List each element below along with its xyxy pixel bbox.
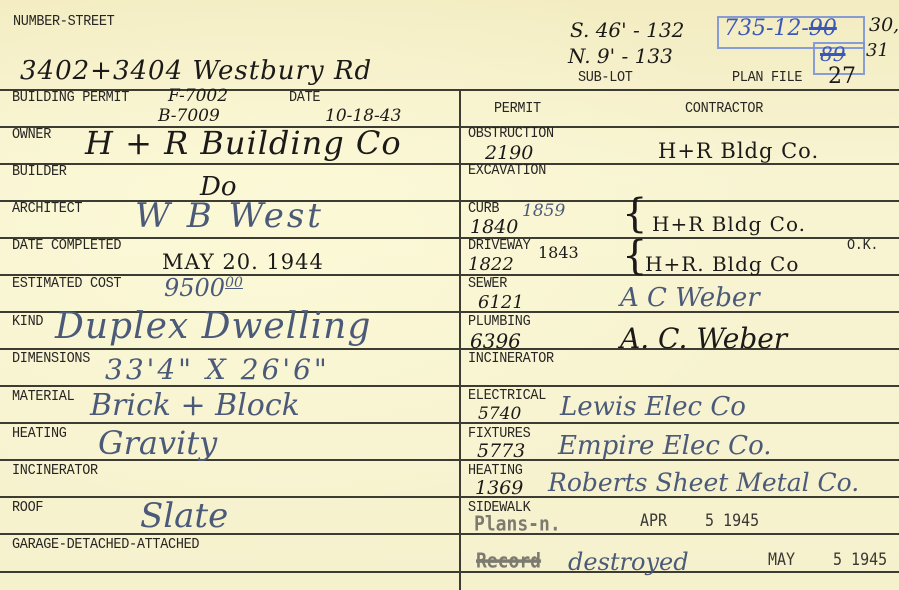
number-street-label: NUMBER-STREET	[13, 14, 114, 31]
sub-lot-value-2: N. 9' - 133	[568, 44, 673, 68]
rule	[0, 533, 899, 535]
label-kind: KIND	[12, 314, 43, 331]
electrical-contractor: Lewis Elec Co	[560, 392, 746, 422]
map-ref-corrected: 89	[820, 42, 845, 66]
obstruction-contractor: H+R Bldg Co.	[658, 139, 819, 163]
heating-permit-number: 1369	[475, 477, 523, 499]
estimated-cost-value: 950000	[164, 274, 243, 302]
sub-lot-label: SUB-LOT	[578, 70, 633, 87]
label-architect: ARCHITECT	[12, 201, 82, 218]
label-date-completed: DATE COMPLETED	[12, 238, 121, 255]
material-value: Brick + Block	[90, 388, 300, 423]
obstruction-number: 2190	[485, 142, 533, 164]
column-divider	[459, 89, 461, 590]
label-garage: GARAGE-DETACHED-ATTACHED	[12, 537, 199, 554]
label-driveway: DRIVEWAY	[468, 238, 530, 255]
owner-value: H + R Building Co	[85, 124, 402, 162]
date-completed-value: MAY 20. 1944	[162, 250, 324, 274]
building-permit-value-2: B-7009	[158, 106, 220, 126]
contractor-column-header: CONTRACTOR	[685, 101, 763, 118]
address-value: 3402+3404 Westbury Rd	[20, 56, 372, 86]
sub-lot-value-1: S. 46' - 132	[570, 18, 684, 42]
plan-file-value: 27	[828, 64, 856, 89]
curb-number: 1840	[470, 216, 518, 238]
destroyed-date-month: MAY	[768, 549, 795, 570]
label-owner: OWNER	[12, 127, 51, 144]
rule	[0, 163, 899, 165]
label-obstruction: OBSTRUCTION	[468, 126, 554, 143]
permit-column-header: PERMIT	[494, 101, 541, 118]
plans-date-month: APR	[640, 510, 667, 531]
fixtures-contractor: Empire Elec Co.	[558, 431, 772, 461]
label-date: DATE	[289, 90, 320, 107]
label-builder: BUILDER	[12, 164, 67, 181]
record-struck: Record	[476, 549, 541, 573]
driveway-brace: {	[622, 236, 647, 276]
driveway-number-extra: 1843	[538, 243, 579, 262]
electrical-number: 5740	[478, 404, 521, 424]
label-heating: HEATING	[12, 426, 67, 443]
destroyed-date-day-year: 5 1945	[833, 549, 887, 570]
label-incinerator-permit: INCINERATOR	[468, 351, 554, 368]
label-sewer: SEWER	[468, 276, 507, 293]
curb-brace: {	[622, 194, 647, 234]
fixtures-number: 5773	[477, 440, 525, 462]
driveway-status: O.K.	[847, 238, 878, 255]
plumbing-number: 6396	[470, 329, 521, 353]
label-excavation: EXCAVATION	[468, 163, 546, 180]
label-dimensions: DIMENSIONS	[12, 351, 90, 368]
plans-date-day-year: 5 1945	[705, 510, 759, 531]
label-incinerator: INCINERATOR	[12, 463, 98, 480]
label-electrical: ELECTRICAL	[468, 388, 546, 405]
driveway-number: 1822	[468, 254, 514, 275]
label-estimated-cost: ESTIMATED COST	[12, 276, 121, 293]
sewer-number: 6121	[478, 292, 524, 313]
map-ref-struck: 90	[809, 16, 837, 41]
architect-value: W B West	[135, 196, 324, 236]
permit-card: NUMBER-STREET 3402+3404 Westbury Rd S. 4…	[0, 0, 899, 590]
map-ref-value: 735-12-90	[724, 16, 837, 41]
rule	[0, 89, 899, 91]
rule	[0, 571, 899, 573]
curb-contractor: H+R Bldg Co.	[652, 212, 806, 236]
roof-value: Slate	[140, 496, 228, 536]
permit-date-value: 10-18-43	[325, 106, 401, 126]
heating-permit-contractor: Roberts Sheet Metal Co.	[548, 468, 859, 497]
heating-value: Gravity	[98, 424, 217, 462]
plumbing-contractor: A. C. Weber	[620, 322, 787, 355]
estimated-cost-dollars: 9500	[164, 274, 225, 302]
map-ref-base: 735-12-	[724, 16, 809, 41]
destroyed-note: destroyed	[568, 548, 689, 576]
plans-note: Plans-n.	[474, 512, 561, 536]
curb-number-extra: 1859	[522, 201, 565, 221]
sewer-contractor: A C Weber	[620, 283, 760, 313]
map-ref-note-2: 31	[866, 40, 889, 61]
estimated-cost-cents: 00	[225, 275, 243, 291]
map-ref-note-1: 30,	[869, 14, 899, 36]
label-building-permit: BUILDING PERMIT	[12, 90, 129, 107]
label-roof: ROOF	[12, 500, 43, 517]
kind-value: Duplex Dwelling	[55, 306, 371, 347]
dimensions-value: 33'4" X 26'6"	[105, 353, 330, 386]
building-permit-value-1: F-7002	[168, 86, 228, 106]
driveway-contractor: H+R. Bldg Co	[645, 252, 799, 276]
label-material: MATERIAL	[12, 389, 74, 406]
plan-file-label: PLAN FILE	[732, 70, 802, 87]
rule	[0, 237, 899, 239]
